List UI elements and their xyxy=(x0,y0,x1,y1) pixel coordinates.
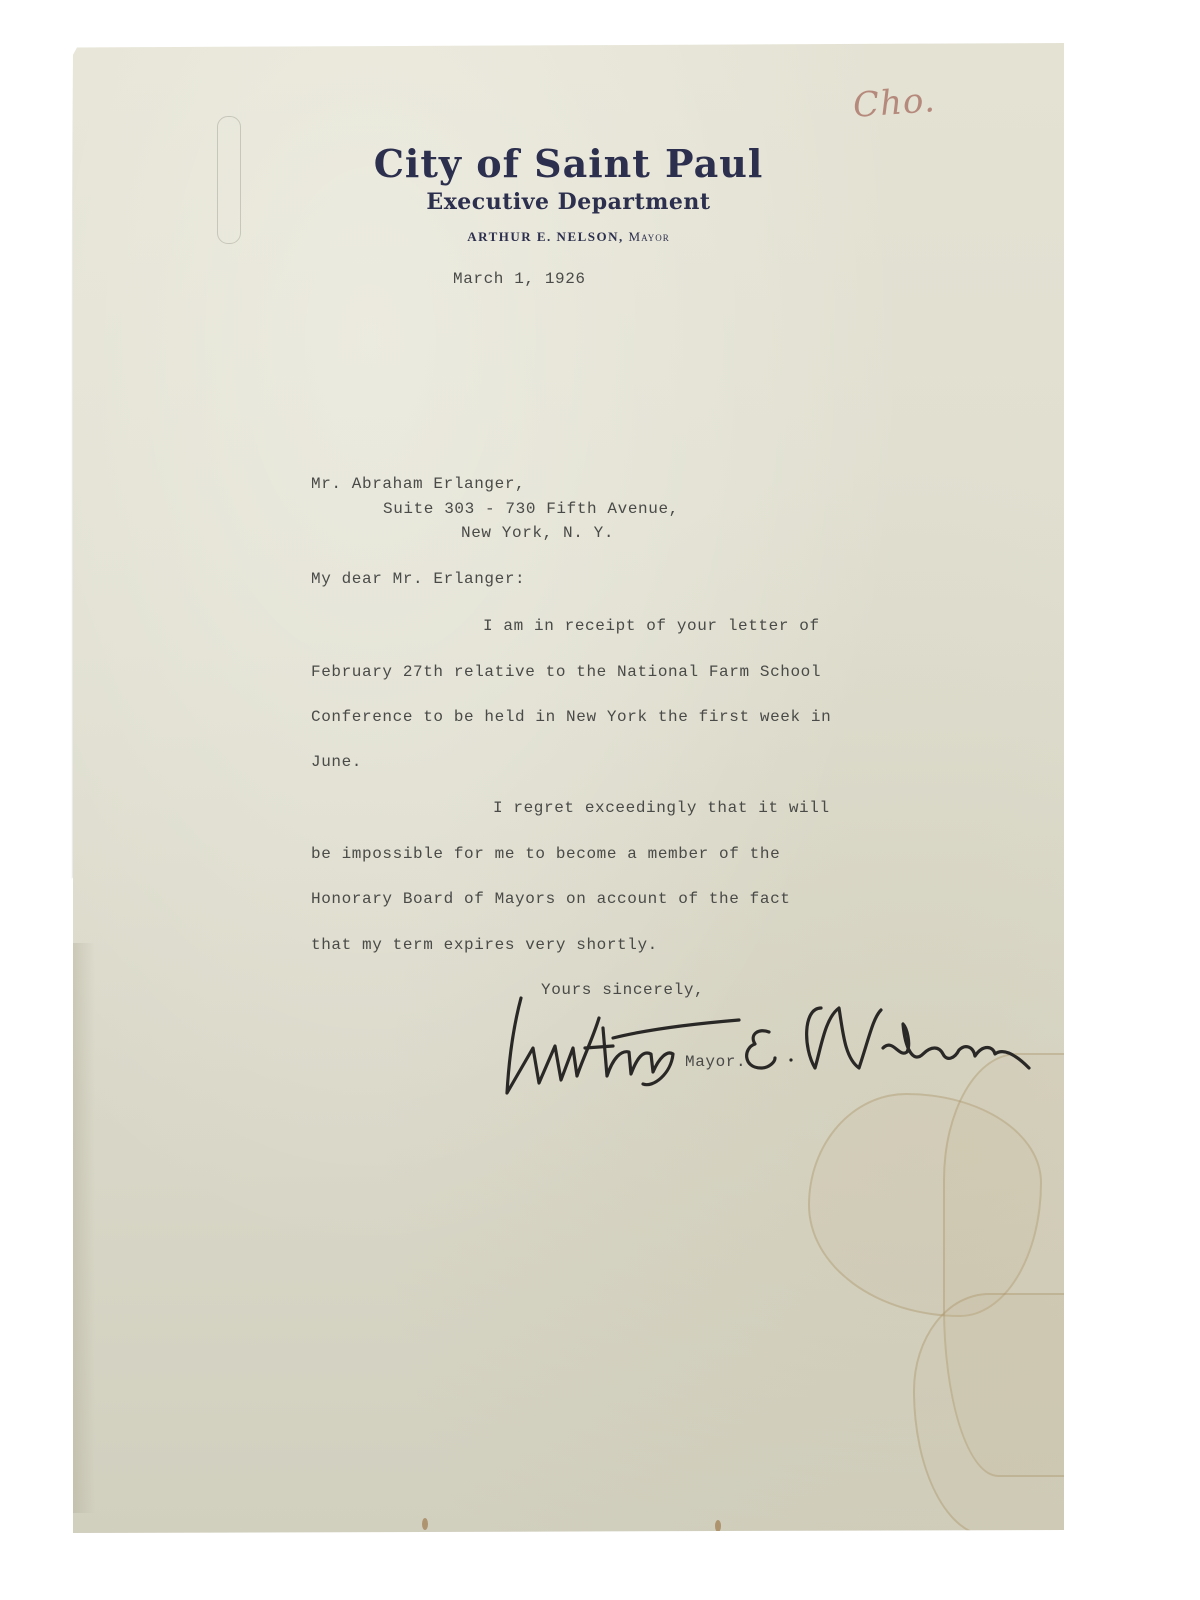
recipient-name: Mr. Abraham Erlanger, xyxy=(311,475,525,493)
paragraph-1-line: Conference to be held in New York the fi… xyxy=(311,708,831,726)
paragraph-2-line: I regret exceedingly that it will xyxy=(493,799,830,817)
signer-title: Mayor. xyxy=(685,1053,746,1071)
handwritten-signature xyxy=(503,988,1033,1108)
letter-page: Cho. City of Saint Paul Executive Depart… xyxy=(73,43,1064,1533)
letterhead-title: City of Saint Paul xyxy=(73,141,1064,186)
stain-spot xyxy=(422,1518,428,1530)
recipient-address-line-1: Suite 303 - 730 Fifth Avenue, xyxy=(383,500,679,518)
official-title: Mayor xyxy=(629,229,670,244)
letterhead-department: Executive Department xyxy=(73,189,1064,215)
recipient-address-line-2: New York, N. Y. xyxy=(461,524,614,542)
handwritten-annotation: Cho. xyxy=(852,80,937,126)
letterhead-official: ARTHUR E. NELSON, Mayor xyxy=(73,229,1064,245)
stain-spot xyxy=(715,1520,721,1532)
paragraph-1-line: June. xyxy=(311,753,362,771)
paragraph-2-line: that my term expires very shortly. xyxy=(311,936,658,954)
water-stain xyxy=(913,1293,1065,1537)
official-name: ARTHUR E. NELSON, xyxy=(467,229,624,244)
paragraph-2-line: be impossible for me to become a member … xyxy=(311,845,780,863)
paragraph-1-line: I am in receipt of your letter of xyxy=(483,617,820,635)
letter-date: March 1, 1926 xyxy=(453,270,586,288)
paragraph-1-line: February 27th relative to the National F… xyxy=(311,663,821,681)
salutation: My dear Mr. Erlanger: xyxy=(311,570,525,588)
paragraph-2-line: Honorary Board of Mayors on account of t… xyxy=(311,890,790,908)
